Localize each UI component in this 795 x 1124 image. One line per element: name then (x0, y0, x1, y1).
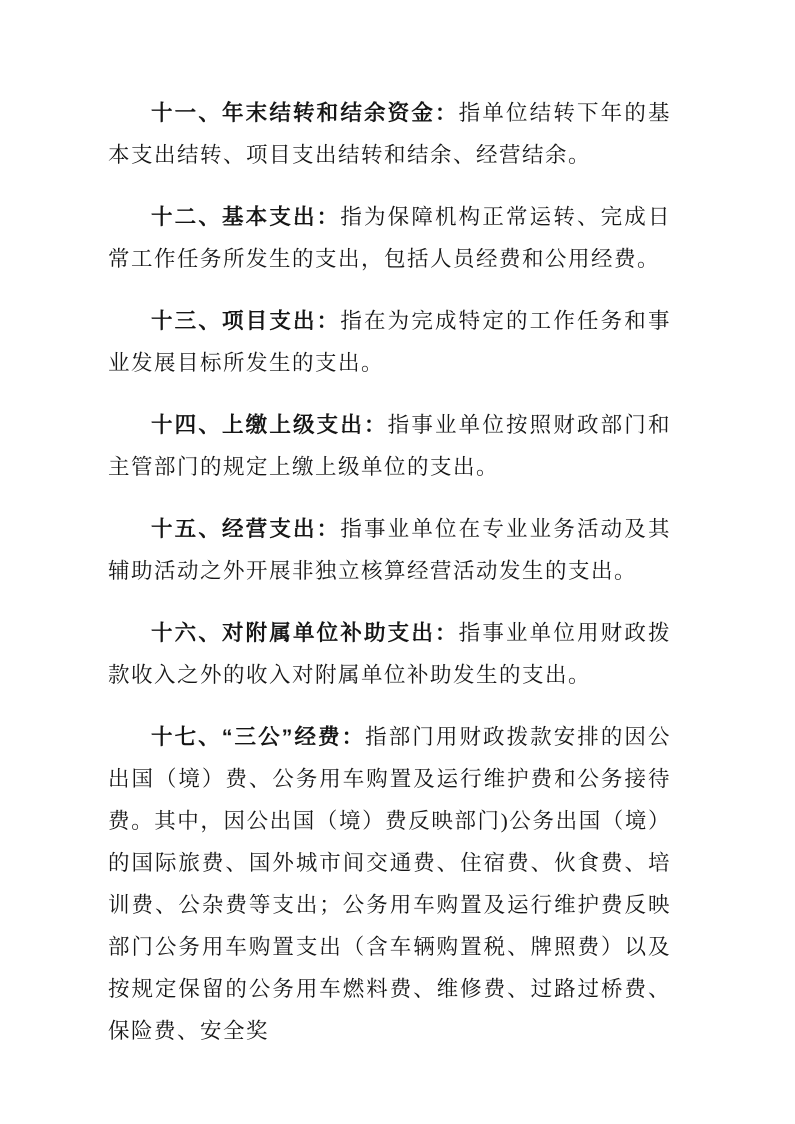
definition-paragraph: 十一、年末结转和结余资金：指单位结转下年的基本支出结转、项目支出结转和结余、经营… (108, 92, 671, 176)
definition-paragraph: 十七、“三公”经费：指部门用财政拨款安排的因公出国（境）费、公务用车购置及运行维… (108, 716, 671, 1052)
definition-paragraph: 十二、基本支出：指为保障机构正常运转、完成日常工作任务所发生的支出，包括人员经费… (108, 196, 671, 280)
term-label: 十七、“三公”经费： (151, 725, 365, 749)
term-label: 十一、年末结转和结余资金： (151, 101, 459, 125)
definition-paragraph: 十六、对附属单位补助支出：指事业单位用财政拨款收入之外的收入对附属单位补助发生的… (108, 612, 671, 696)
term-label: 十四、上缴上级支出： (151, 413, 388, 437)
term-label: 十六、对附属单位补助支出： (151, 621, 459, 645)
document-page: 十一、年末结转和结余资金：指单位结转下年的基本支出结转、项目支出结转和结余、经营… (0, 0, 795, 1124)
definition-paragraph: 十五、经营支出：指事业单位在专业业务活动及其辅助活动之外开展非独立核算经营活动发… (108, 508, 671, 592)
definition-text: 指部门用财政拨款安排的因公出国（境）费、公务用车购置及运行维护费和公务接待费。其… (108, 725, 671, 1043)
definition-paragraph: 十三、项目支出：指在为完成特定的工作任务和事业发展目标所发生的支出。 (108, 300, 671, 384)
term-label: 十五、经营支出： (151, 517, 340, 541)
definition-paragraph: 十四、上缴上级支出：指事业单位按照财政部门和主管部门的规定上缴上级单位的支出。 (108, 404, 671, 488)
term-label: 十三、项目支出： (151, 309, 340, 333)
term-label: 十二、基本支出： (151, 205, 340, 229)
